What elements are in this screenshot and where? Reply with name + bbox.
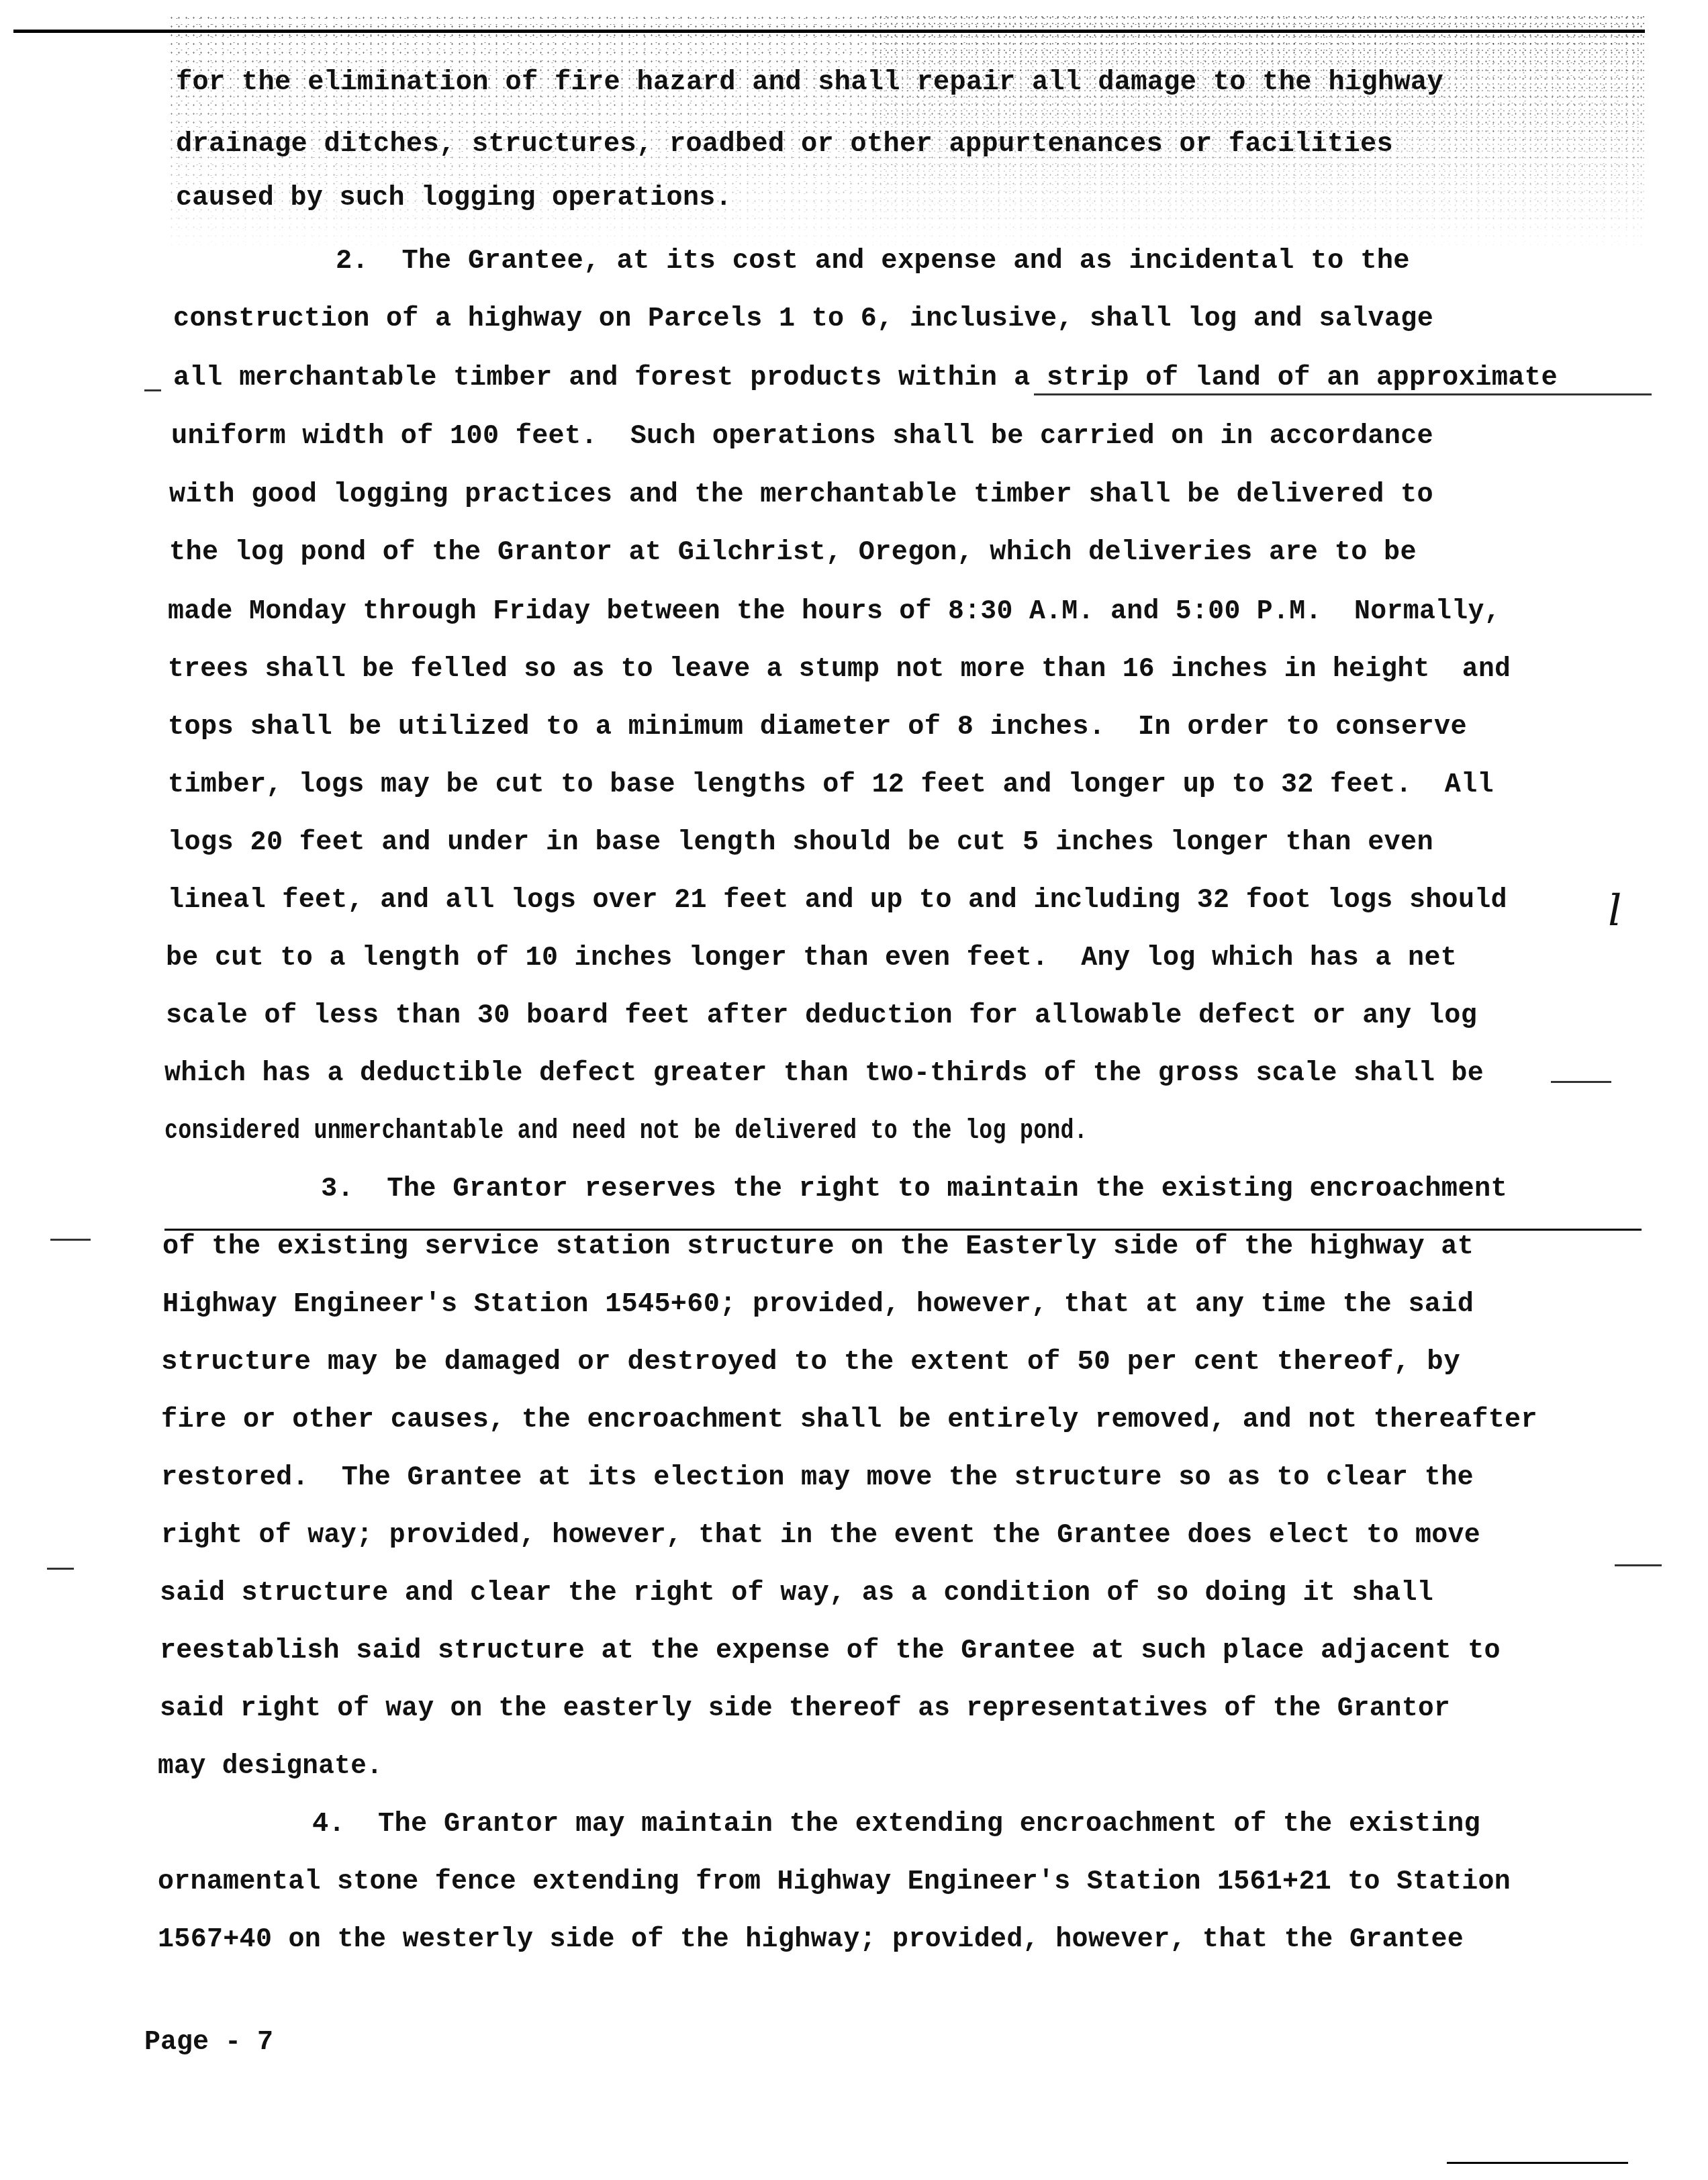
text-line: all merchantable timber and forest produ…: [173, 363, 1558, 395]
scan-noise-right: [873, 13, 1645, 235]
text-line: be cut to a length of 10 inches longer t…: [166, 943, 1457, 975]
text-line: tops shall be utilized to a minimum diam…: [168, 712, 1467, 744]
text-line: 2. The Grantee, at its cost and expense …: [336, 246, 1410, 278]
text-line: structure may be damaged or destroyed to…: [161, 1347, 1460, 1379]
margin-dash: [1615, 1564, 1662, 1566]
text-line: drainage ditches, structures, roadbed or…: [176, 129, 1393, 161]
margin-dash: [144, 389, 161, 391]
text-line: with good logging practices and the merc…: [169, 479, 1433, 512]
bottom-rule: [1447, 2162, 1628, 2164]
text-line: 3. The Grantor reserves the right to mai…: [321, 1174, 1507, 1206]
text-line: reestablish said structure at the expens…: [160, 1636, 1501, 1668]
text-line: uniform width of 100 feet. Such operatio…: [171, 421, 1433, 453]
text-line: of the existing service station structur…: [162, 1231, 1474, 1264]
text-line: considered unmerchantable and need not b…: [164, 1116, 1088, 1148]
text-line: scale of less than 30 board feet after d…: [166, 1000, 1477, 1033]
text-line: restored. The Grantee at its election ma…: [161, 1462, 1474, 1495]
text-line: made Monday through Friday between the h…: [168, 596, 1501, 628]
top-rule: [13, 30, 1645, 33]
text-line: logs 20 feet and under in base length sh…: [168, 827, 1433, 859]
text-line: said right of way on the easterly side t…: [160, 1693, 1450, 1725]
margin-dash: [47, 1568, 74, 1570]
text-line: timber, logs may be cut to base lengths …: [168, 769, 1494, 802]
text-line: said structure and clear the right of wa…: [160, 1578, 1433, 1610]
handwritten-mark: l: [1608, 886, 1621, 936]
page-number: Page - 7: [144, 2028, 273, 2058]
text-line: lineal feet, and all logs over 21 feet a…: [168, 885, 1507, 917]
text-line: 4. The Grantor may maintain the extendin…: [312, 1809, 1480, 1841]
text-line: trees shall be felled so as to leave a s…: [168, 654, 1511, 686]
text-line: caused by such logging operations.: [176, 183, 732, 215]
text-line: which has a deductible defect greater th…: [164, 1058, 1484, 1090]
text-line: fire or other causes, the encroachment s…: [161, 1405, 1537, 1437]
text-line: right of way; provided, however, that in…: [161, 1520, 1480, 1552]
document-page: for the elimination of fire hazard and s…: [0, 0, 1708, 2180]
margin-dash: [1551, 1081, 1611, 1083]
text-line: may designate.: [158, 1751, 383, 1783]
text-line: 1567+40 on the westerly side of the high…: [158, 1924, 1464, 1956]
text-line: ornamental stone fence extending from Hi…: [158, 1866, 1511, 1899]
text-line: construction of a highway on Parcels 1 t…: [173, 303, 1433, 336]
text-line: the log pond of the Grantor at Gilchrist…: [169, 537, 1417, 569]
margin-dash: [50, 1239, 91, 1241]
scan-rule: [164, 1229, 1642, 1231]
text-line: Highway Engineer's Station 1545+60; prov…: [162, 1289, 1474, 1321]
text-line: for the elimination of fire hazard and s…: [176, 67, 1443, 99]
